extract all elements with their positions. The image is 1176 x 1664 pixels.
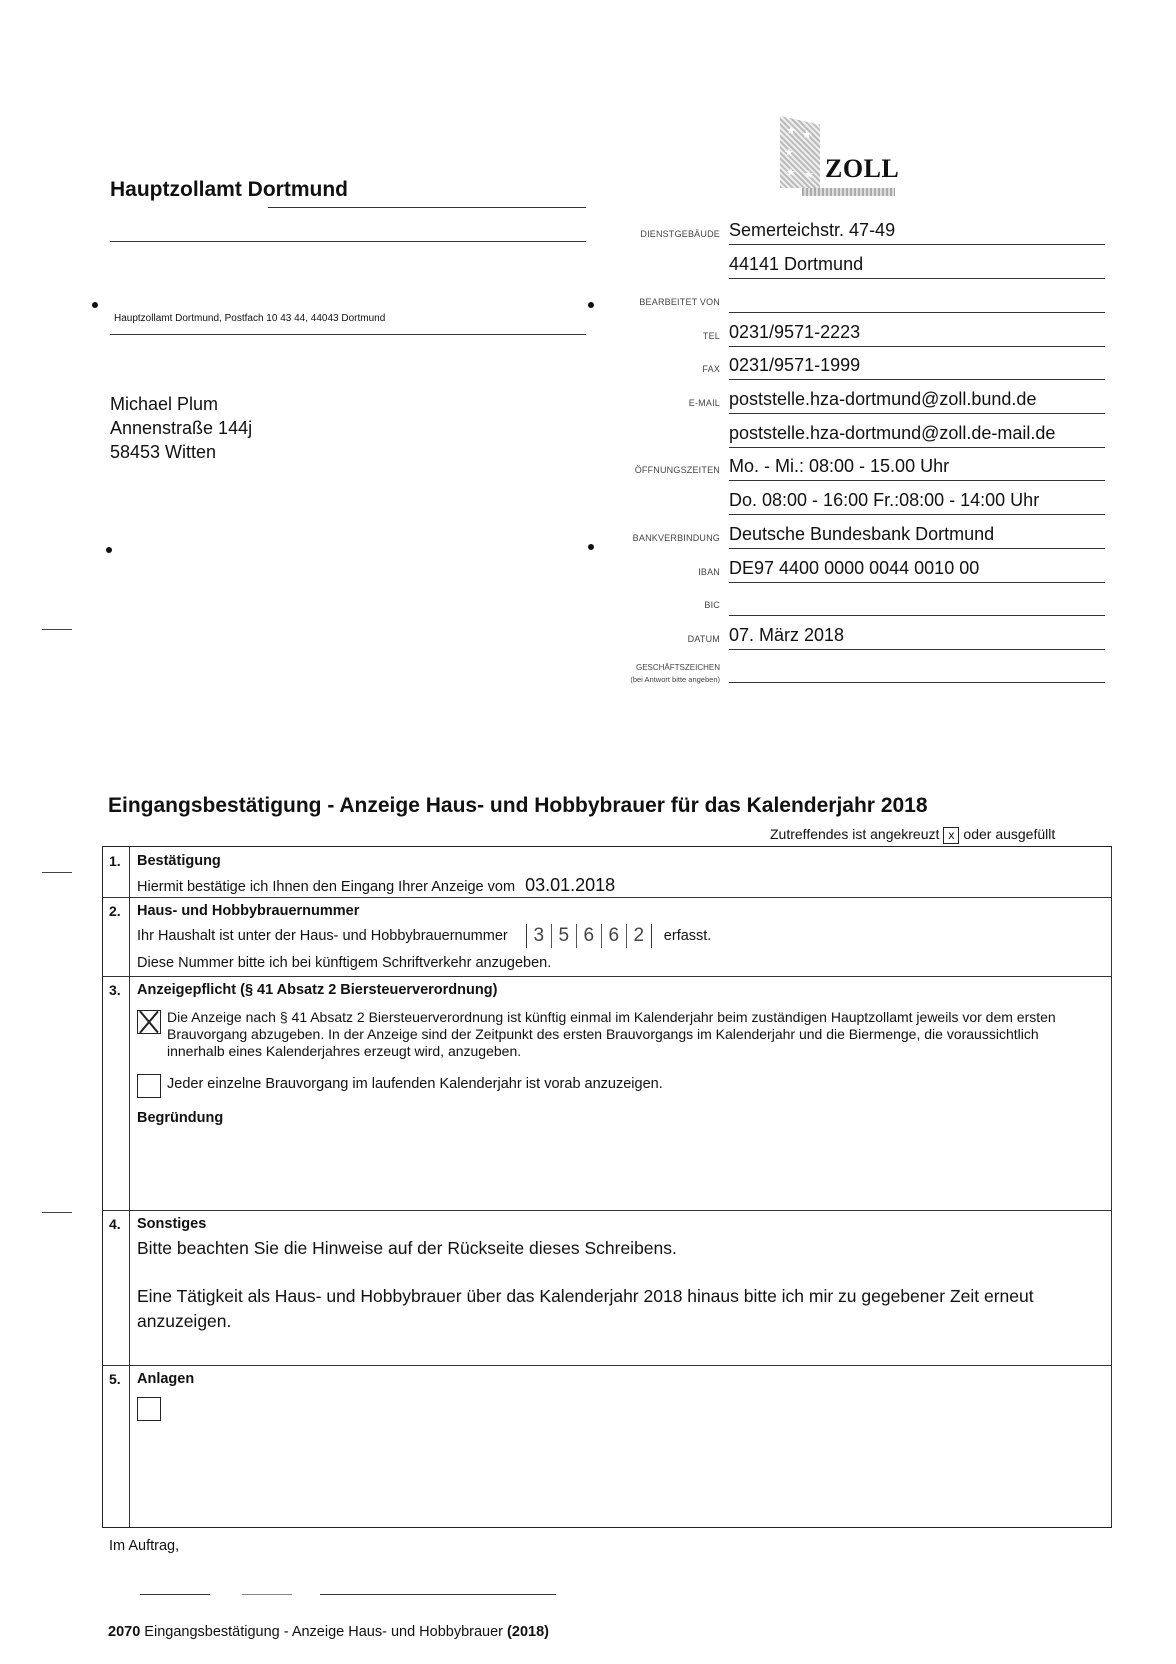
brauernummer-boxes: 3 5 6 6 2 bbox=[526, 924, 652, 948]
info-fax: Fax 0231/9571-1999 bbox=[560, 347, 1105, 380]
sender-title: Hauptzollamt Dortmund bbox=[110, 178, 348, 202]
section-heading: Sonstiges bbox=[137, 1216, 206, 1232]
label: IBAN bbox=[698, 567, 720, 577]
zoll-flag-stars-icon: ★★ ★★ ★ bbox=[780, 116, 820, 188]
text: Ihr Haushalt ist unter der Haus- und Hob… bbox=[137, 928, 508, 944]
label: Bankverbindung bbox=[633, 533, 720, 543]
value: poststelle.hza-dortmund@zoll.bund.de bbox=[729, 389, 1036, 410]
sublabel: (bei Antwort bitte angeben) bbox=[630, 675, 720, 684]
section-number: 4. bbox=[109, 1216, 121, 1232]
fold-tick bbox=[42, 629, 72, 630]
digit: 5 bbox=[552, 924, 577, 948]
fold-mark bbox=[106, 547, 112, 553]
section-heading: Haus- und Hobbybrauernummer bbox=[137, 903, 359, 919]
section-bestaetigung: 1. Bestätigung Hiermit bestätige ich Ihn… bbox=[103, 847, 1112, 898]
section-heading: Anzeigepflicht (§ 41 Absatz 2 Biersteuer… bbox=[137, 982, 497, 998]
digit: 6 bbox=[602, 924, 627, 948]
confirmation-form: 1. Bestätigung Hiermit bestätige ich Ihn… bbox=[102, 846, 1112, 1528]
option-annual-checkbox[interactable] bbox=[137, 1010, 161, 1034]
value: 07. März 2018 bbox=[729, 625, 844, 646]
value: Mo. - Mi.: 08:00 - 15.00 Uhr bbox=[729, 456, 949, 477]
value: 44141 Dortmund bbox=[729, 254, 863, 275]
info-iban: IBAN DE97 4400 0000 0044 0010 00 bbox=[560, 550, 1105, 583]
form-year: (2018) bbox=[507, 1624, 549, 1640]
section-note: Diese Nummer bitte ich bei künftigem Sch… bbox=[137, 955, 551, 971]
form-number: 2070 bbox=[108, 1624, 140, 1640]
recipient-name: Michael Plum bbox=[110, 392, 252, 416]
label: Dienstgebäude bbox=[640, 229, 720, 239]
value: 0231/9571-1999 bbox=[729, 355, 860, 376]
option-each-brew-text: Jeder einzelne Brauvorgang im laufenden … bbox=[167, 1076, 663, 1092]
recipient-address: Michael Plum Annenstraße 144j 58453 Witt… bbox=[110, 392, 252, 464]
logo-underline bbox=[802, 188, 895, 196]
info-geschaeftszeichen: Geschäftszeichen (bei Antwort bitte ange… bbox=[560, 650, 1105, 683]
section-heading: Bestätigung bbox=[137, 853, 221, 869]
form-title: Eingangsbestätigung - Anzeige Haus- und … bbox=[144, 1624, 503, 1640]
info-dienstgebaeude: Dienstgebäude Semerteichstr. 47-49 bbox=[560, 212, 1105, 245]
section-number: 3. bbox=[109, 982, 121, 998]
hint-text: Zutreffendes ist angekreuzt bbox=[770, 826, 939, 842]
info-tel: Tel 0231/9571-2223 bbox=[560, 314, 1105, 347]
notice-date: 03.01.2018 bbox=[525, 875, 615, 895]
confirmation-text: Hiermit bestätige ich Ihnen den Eingang … bbox=[137, 879, 515, 895]
section-text: Hiermit bestätige ich Ihnen den Eingang … bbox=[137, 875, 615, 896]
label: E-Mail bbox=[689, 398, 720, 408]
return-address: Hauptzollamt Dortmund, Postfach 10 43 44… bbox=[114, 313, 385, 324]
info-bic: BIC bbox=[560, 583, 1105, 616]
info-oeffnungszeiten-2: Do. 08:00 - 16:00 Fr.:08:00 - 14:00 Uhr bbox=[560, 482, 1105, 515]
fold-tick bbox=[42, 1212, 72, 1213]
value: Semerteichstr. 47-49 bbox=[729, 220, 895, 241]
document-title: Eingangsbestätigung - Anzeige Haus- und … bbox=[108, 794, 928, 818]
info-datum: Datum 07. März 2018 bbox=[560, 617, 1105, 650]
divider bbox=[110, 334, 586, 335]
value: DE97 4400 0000 0044 0010 00 bbox=[729, 558, 979, 579]
recipient-city: 58453 Witten bbox=[110, 440, 252, 464]
signature-line bbox=[140, 1594, 210, 1595]
value: 0231/9571-2223 bbox=[729, 322, 860, 343]
label: Öffnungszeiten bbox=[635, 465, 720, 475]
value: Do. 08:00 - 16:00 Fr.:08:00 - 14:00 Uhr bbox=[729, 490, 1039, 511]
hint-text: oder ausgefüllt bbox=[963, 826, 1055, 842]
anlagen-checkbox[interactable] bbox=[137, 1397, 161, 1421]
info-email-2: poststelle.hza-dortmund@zoll.de-mail.de bbox=[560, 415, 1105, 448]
section-heading: Anlagen bbox=[137, 1371, 194, 1387]
info-bank: Bankverbindung Deutsche Bundesbank Dortm… bbox=[560, 516, 1105, 549]
fold-tick bbox=[42, 872, 72, 873]
info-oeffnungszeiten: Öffnungszeiten Mo. - Mi.: 08:00 - 15.00 … bbox=[560, 448, 1105, 481]
info-email: E-Mail poststelle.hza-dortmund@zoll.bund… bbox=[560, 381, 1105, 414]
begruendung-label: Begründung bbox=[137, 1110, 223, 1126]
label: Datum bbox=[688, 634, 720, 644]
label: BIC bbox=[704, 600, 720, 610]
value: Deutsche Bundesbank Dortmund bbox=[729, 524, 994, 545]
option-annual-text: Die Anzeige nach § 41 Absatz 2 Biersteue… bbox=[167, 1009, 1092, 1060]
section-number: 5. bbox=[109, 1371, 121, 1387]
section-number: 2. bbox=[109, 903, 121, 919]
notice-paragraph: Bitte beachten Sie die Hinweise auf der … bbox=[137, 1236, 1092, 1261]
digit: 6 bbox=[577, 924, 602, 948]
section-brauernummer: 2. Haus- und Hobbybrauernummer Ihr Haush… bbox=[103, 897, 1112, 977]
value: poststelle.hza-dortmund@zoll.de-mail.de bbox=[729, 423, 1055, 444]
im-auftrag: Im Auftrag, bbox=[109, 1538, 179, 1554]
signature-line bbox=[320, 1594, 556, 1595]
hint-checkbox-icon: x bbox=[943, 827, 959, 844]
info-bearbeitet: Bearbeitet von bbox=[560, 280, 1105, 313]
zoll-logo: ★★ ★★ ★ ZOLL bbox=[780, 116, 895, 198]
label: Bearbeitet von bbox=[639, 297, 720, 307]
recipient-street: Annenstraße 144j bbox=[110, 416, 252, 440]
section-sonstiges: 4. Sonstiges Bitte beachten Sie die Hinw… bbox=[103, 1210, 1112, 1366]
form-footer: 2070 Eingangsbestätigung - Anzeige Haus-… bbox=[108, 1624, 549, 1640]
label: Fax bbox=[702, 364, 720, 374]
fold-mark bbox=[92, 302, 98, 308]
signature-line bbox=[242, 1594, 292, 1595]
text: erfasst. bbox=[664, 928, 712, 944]
digit: 3 bbox=[527, 924, 552, 948]
divider bbox=[110, 241, 586, 242]
section-anlagen: 5. Anlagen bbox=[103, 1365, 1112, 1525]
info-dienstgebaeude-2: 44141 Dortmund bbox=[560, 246, 1105, 279]
form-hint: Zutreffendes ist angekreuztxoder ausgefü… bbox=[770, 826, 1055, 844]
section-number: 1. bbox=[109, 853, 121, 869]
logo-wordmark: ZOLL bbox=[825, 154, 899, 184]
section-anzeigepflicht: 3. Anzeigepflicht (§ 41 Absatz 2 Bierste… bbox=[103, 976, 1112, 1211]
label: Geschäftszeichen bbox=[636, 663, 720, 672]
label: Tel bbox=[703, 331, 720, 341]
option-each-brew-checkbox[interactable] bbox=[137, 1074, 161, 1098]
digit: 2 bbox=[627, 924, 651, 948]
section-text: Ihr Haushalt ist unter der Haus- und Hob… bbox=[137, 924, 711, 948]
notice-paragraph: Eine Tätigkeit als Haus- und Hobbybrauer… bbox=[137, 1284, 1092, 1334]
divider bbox=[268, 207, 586, 208]
